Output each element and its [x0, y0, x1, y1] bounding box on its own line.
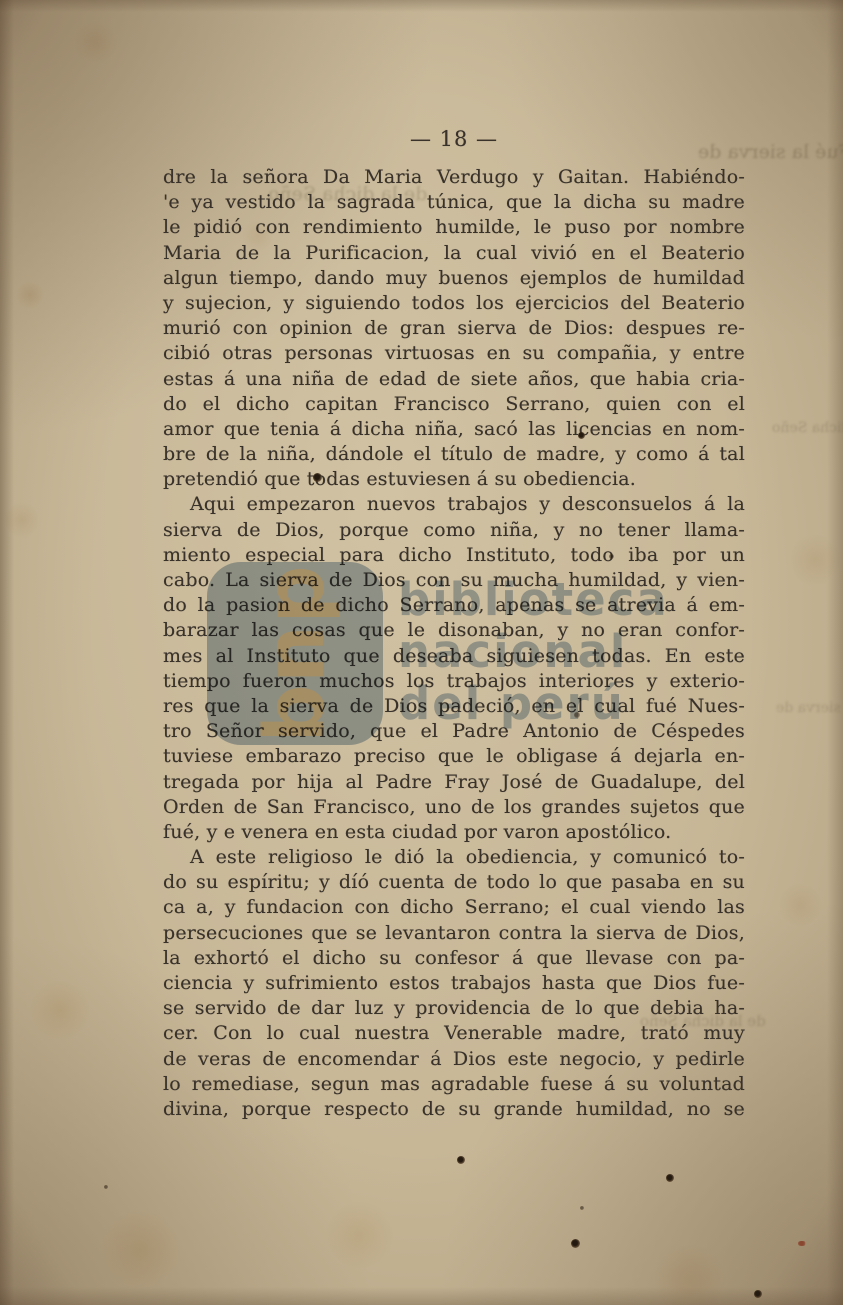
text-line: amor que tenia á dicha niña, sacó las li… [163, 417, 745, 442]
text-line: barazar las cosas que le disonaban, y no… [163, 618, 745, 643]
text-line: estas á una niña de edad de siete años, … [163, 367, 745, 392]
text-line: A este religioso le dió la obediencia, y… [163, 845, 745, 870]
text-line: algun tiempo, dando muy buenos ejemplos … [163, 266, 745, 291]
page-number-header: — 18 — [163, 127, 745, 151]
text-line: 'e ya vestido la sagrada túnica, que la … [163, 190, 745, 215]
text-line: cabo. La sierva de Dios con su mucha hum… [163, 568, 745, 593]
text-line: tregada por hija al Padre Fray José de G… [163, 770, 745, 795]
text-line: tiempo fueron muchos los trabajos interi… [163, 669, 745, 694]
text-line: res que la sierva de Dios padeció, en el… [163, 694, 745, 719]
text-line: sierva de Dios, porque como niña, y no t… [163, 518, 745, 543]
text-line: do la pasion de dicho Serrano, apenas se… [163, 593, 745, 618]
show-through-text: Fué la sierva de [776, 700, 843, 716]
text-line: pretendió que todas estuviesen á su obed… [163, 467, 745, 492]
text-line: y sujecion, y siguiendo todos los ejerci… [163, 291, 745, 316]
ink-speck [457, 1156, 465, 1164]
text-line: le pidió con rendimiento humilde, le pus… [163, 215, 745, 240]
text-line: do su espíritu; y díó cuenta de todo lo … [163, 870, 745, 895]
text-line: do el dicho capitan Francisco Serrano, q… [163, 392, 745, 417]
ink-speck [754, 1290, 762, 1298]
text-line: mes al Instituto que deseaba siguiesen t… [163, 644, 745, 669]
text-line: cibió otras personas virtuosas en su com… [163, 341, 745, 366]
text-line: cer. Con lo cual nuestra Venerable madre… [163, 1021, 745, 1046]
text-line: ca a, y fundacion con dicho Serrano; el … [163, 895, 745, 920]
text-line: Aqui empezaron nuevos trabajos y descons… [163, 492, 745, 517]
text-lines: dre la señora Da Maria Verdugo y Gaitan.… [163, 165, 745, 1122]
text-line: miento especial para dicho Instituto, to… [163, 543, 745, 568]
ink-speck [798, 1241, 806, 1246]
text-line: bre de la niña, dándole el título de mad… [163, 442, 745, 467]
ink-speck [580, 1206, 584, 1210]
text-line: se servido de dar luz y providencia de l… [163, 996, 745, 1021]
text-line: la exhortó el dicho su confesor á que ll… [163, 946, 745, 971]
text-line: tro Señor servido, que el Padre Antonio … [163, 719, 745, 744]
show-through-text: de la dicha Seño [772, 420, 843, 436]
text-line: tuviese embarazo preciso que le obligase… [163, 744, 745, 769]
ink-speck [609, 554, 614, 559]
text-line: fué, y e venera en esta ciudad por varon… [163, 820, 745, 845]
text-line: murió con opinion de gran sierva de Dios… [163, 316, 745, 341]
text-line: de veras de encomendar á Dios este negoc… [163, 1047, 745, 1072]
ink-speck [571, 1239, 580, 1248]
ink-speck [574, 712, 580, 718]
ink-speck [666, 1174, 674, 1182]
ink-speck [313, 473, 322, 482]
text-line: divina, porque respecto de su grande hum… [163, 1097, 745, 1122]
scanned-book-page: Fué la sierva de de la dicha Seño de la … [0, 0, 843, 1305]
text-line: Maria de la Purificacion, la cual vivió … [163, 241, 745, 266]
text-line: ciencia y sufrimiento estos trabajos has… [163, 971, 745, 996]
text-line: dre la señora Da Maria Verdugo y Gaitan.… [163, 165, 745, 190]
text-line: lo remediase, segun mas agradable fuese … [163, 1072, 745, 1097]
text-line: Orden de San Francisco, uno de los grand… [163, 795, 745, 820]
ink-speck [578, 432, 585, 439]
ink-speck [104, 1185, 108, 1189]
text-line: persecuciones que se levantaron contra l… [163, 921, 745, 946]
